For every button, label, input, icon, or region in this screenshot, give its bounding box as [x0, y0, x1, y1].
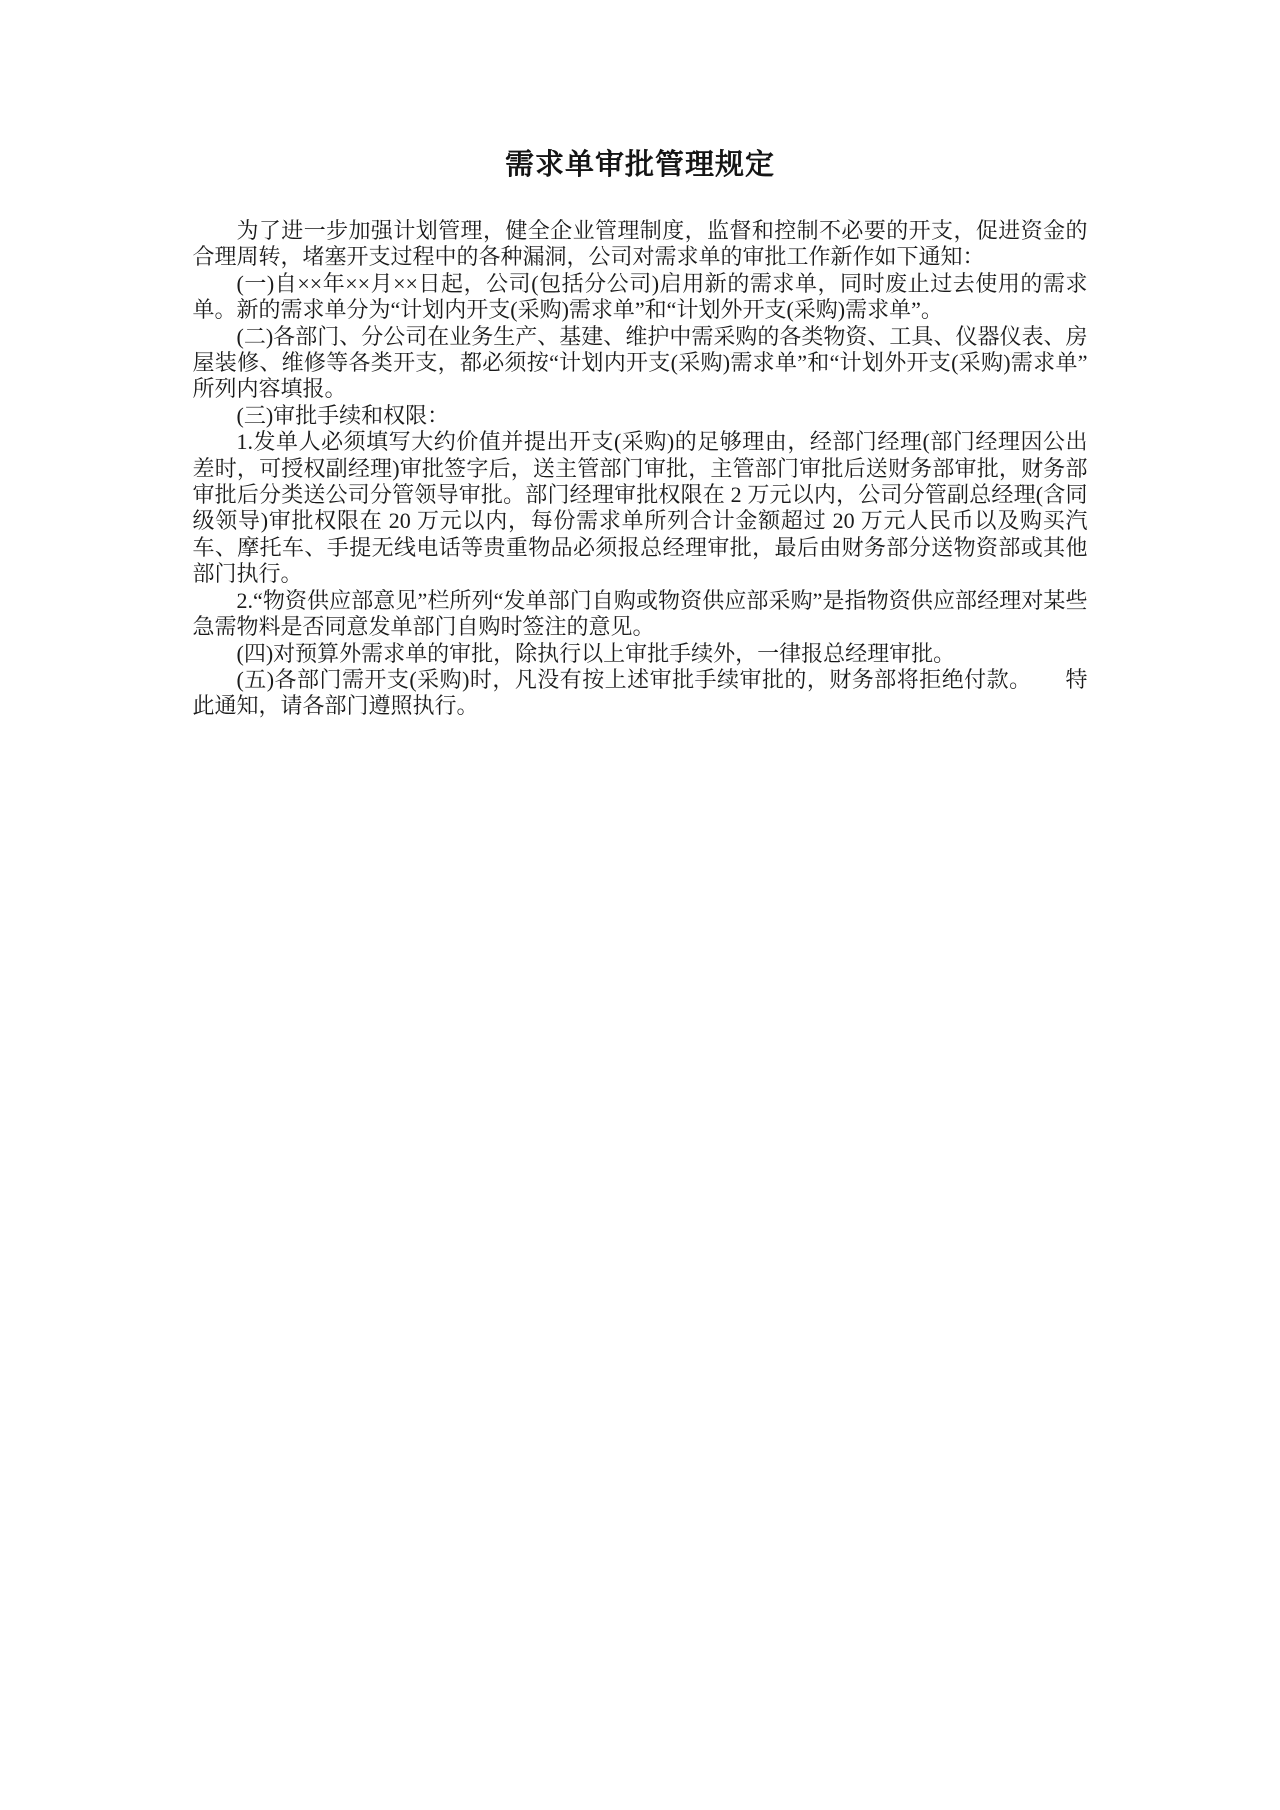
paragraph-item-1: (一)自××年××月××日起，公司(包括分公司)启用新的需求单，同时废止过去使用… [193, 271, 1088, 324]
paragraph-item-3-sub-2: 2.“物资供应部意见”栏所列“发单部门自购或物资供应部采购”是指物资供应部经理对… [193, 588, 1088, 641]
paragraph-item-4: (四)对预算外需求单的审批，除执行以上审批手续外，一律报总经理审批。 [193, 641, 1088, 667]
paragraph-intro: 为了进一步加强计划管理，健全企业管理制度，监督和控制不必要的开支，促进资金的合理… [193, 218, 1088, 271]
document-page: 需求单审批管理规定 为了进一步加强计划管理，健全企业管理制度，监督和控制不必要的… [0, 0, 1280, 1810]
document-title: 需求单审批管理规定 [0, 148, 1280, 183]
paragraph-item-2: (二)各部门、分公司在业务生产、基建、维护中需采购的各类物资、工具、仪器仪表、房… [193, 324, 1088, 403]
document-body: 为了进一步加强计划管理，健全企业管理制度，监督和控制不必要的开支，促进资金的合理… [193, 218, 1088, 720]
paragraph-item-3: (三)审批手续和权限： [193, 403, 1088, 429]
paragraph-item-3-sub-1: 1.发单人必须填写大约价值并提出开支(采购)的足够理由，经部门经理(部门经理因公… [193, 429, 1088, 587]
paragraph-item-5: (五)各部门需开支(采购)时，凡没有按上述审批手续审批的，财务部将拒绝付款。 特… [193, 667, 1088, 720]
